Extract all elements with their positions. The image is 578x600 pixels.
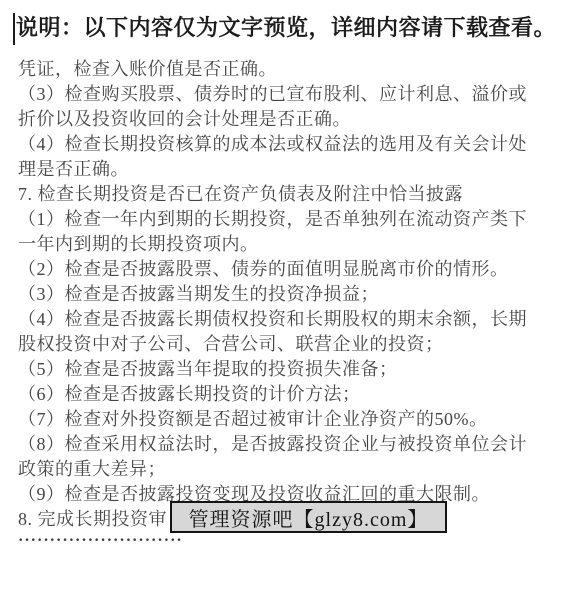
text-line: 凭证，检查入账价值是否正确。 bbox=[18, 57, 566, 82]
text-line: （1）检查一年内到期的长期投资，是否单独列在流动资产类下 bbox=[18, 207, 566, 232]
text-line: （3）检查是否披露当期发生的投资净损益； bbox=[18, 282, 566, 307]
text-line: （6）检查是否披露长期投资的计价方法； bbox=[18, 382, 566, 407]
text-caret bbox=[13, 13, 15, 45]
watermark-badge[interactable]: 管理资源吧【glzy8.com】 bbox=[170, 501, 447, 533]
document-body: 凭证，检查入账价值是否正确。（3）检查购买股票、债券时的已宣布股利、应计利息、溢… bbox=[18, 57, 566, 532]
text-line: （8）检查采用权益法时，是否披露投资企业与被投资单位会计 bbox=[18, 432, 566, 457]
text-line: （7）检查对外投资额是否超过被审计企业净资产的50%。 bbox=[18, 407, 566, 432]
text-line: （4）检查长期投资核算的成本法或权益法的选用及有关会计处 bbox=[18, 132, 566, 157]
text-line: 折价以及投资收回的会计处理是否正确。 bbox=[18, 107, 566, 132]
text-line: 理是否正确。 bbox=[18, 157, 566, 182]
text-line: 股权投资中对子公司、合营公司、联营企业的投资； bbox=[18, 332, 566, 357]
ellipsis-line: ·························· bbox=[18, 532, 183, 550]
watermark-label: 管理资源吧【glzy8.com】 bbox=[189, 503, 429, 532]
text-line: 政策的重大差异； bbox=[18, 457, 566, 482]
document-preview-page: 说明：以下内容仅为文字预览，详细内容请下载查看。 凭证，检查入账价值是否正确。（… bbox=[0, 0, 578, 600]
text-line: （4）检查是否披露长期债权投资和长期股权的期末余额，长期 bbox=[18, 307, 566, 332]
preview-notice: 说明：以下内容仅为文字预览，详细内容请下载查看。 bbox=[16, 11, 556, 42]
text-line: （2）检查是否披露股票、债券的面值明显脱离市价的情形。 bbox=[18, 257, 566, 282]
text-line: 7. 检查长期投资是否已在资产负债表及附注中恰当披露 bbox=[18, 182, 566, 207]
text-line: （5）检查是否披露当年提取的投资损失准备； bbox=[18, 357, 566, 382]
text-line: （3）检查购买股票、债券时的已宣布股利、应计利息、溢价或 bbox=[18, 82, 566, 107]
text-line: 一年内到期的长期投资项内。 bbox=[18, 232, 566, 257]
